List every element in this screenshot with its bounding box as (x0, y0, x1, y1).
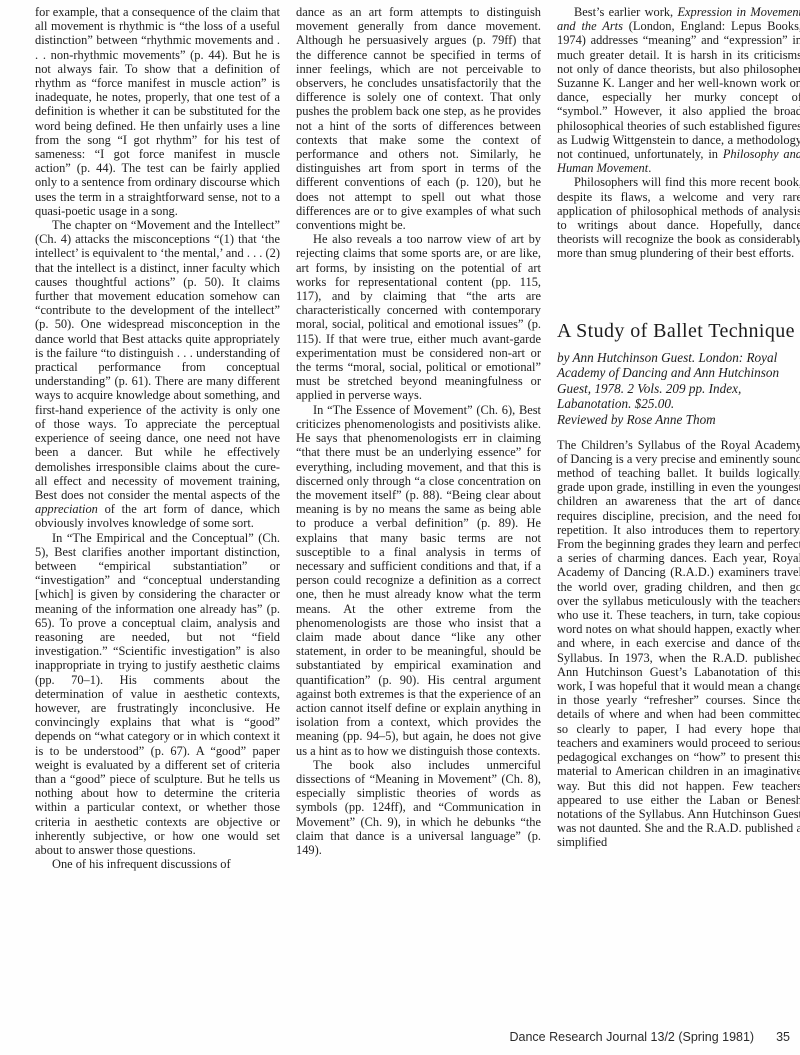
paragraph: Philosophers will find this more recent … (557, 175, 800, 260)
review-title: A Study of Ballet Technique (557, 319, 800, 343)
paragraph: He also reveals a too narrow view of art… (296, 232, 541, 402)
reviewer-byline: Reviewed by Rose Anne Thom (557, 412, 800, 428)
column-2: dance as an art form attempts to disting… (296, 5, 541, 871)
column-1: for example, that a consequence of the c… (35, 5, 280, 871)
column-3: Best’s earlier work, Expression in Movem… (557, 5, 800, 871)
paragraph: Best’s earlier work, Expression in Movem… (557, 5, 800, 175)
paragraph: In “The Empirical and the Conceptual” (C… (35, 531, 280, 858)
paragraph: The book also includes unmerciful dissec… (296, 758, 541, 857)
paragraph: for example, that a consequence of the c… (35, 5, 280, 218)
journal-title: Dance Research Journal 13/2 (Spring 1981… (510, 1030, 755, 1044)
paragraph: The chapter on “Movement and the Intelle… (35, 218, 280, 530)
journal-page: for example, that a consequence of the c… (0, 0, 800, 1055)
paragraph: dance as an art form attempts to disting… (296, 5, 541, 232)
review-citation: by Ann Hutchinson Guest. London: Royal A… (557, 350, 800, 412)
page-footer: Dance Research Journal 13/2 (Spring 1981… (510, 1030, 791, 1044)
review-section-ballet-technique: A Study of Ballet Technique by Ann Hutch… (557, 319, 800, 850)
text-columns: for example, that a consequence of the c… (35, 5, 800, 871)
page-number: 35 (776, 1030, 790, 1044)
paragraph: In “The Essence of Movement” (Ch. 6), Be… (296, 403, 541, 758)
paragraph: One of his infrequent discussions of (35, 857, 280, 871)
paragraph: The Children’s Syllabus of the Royal Aca… (557, 438, 800, 850)
